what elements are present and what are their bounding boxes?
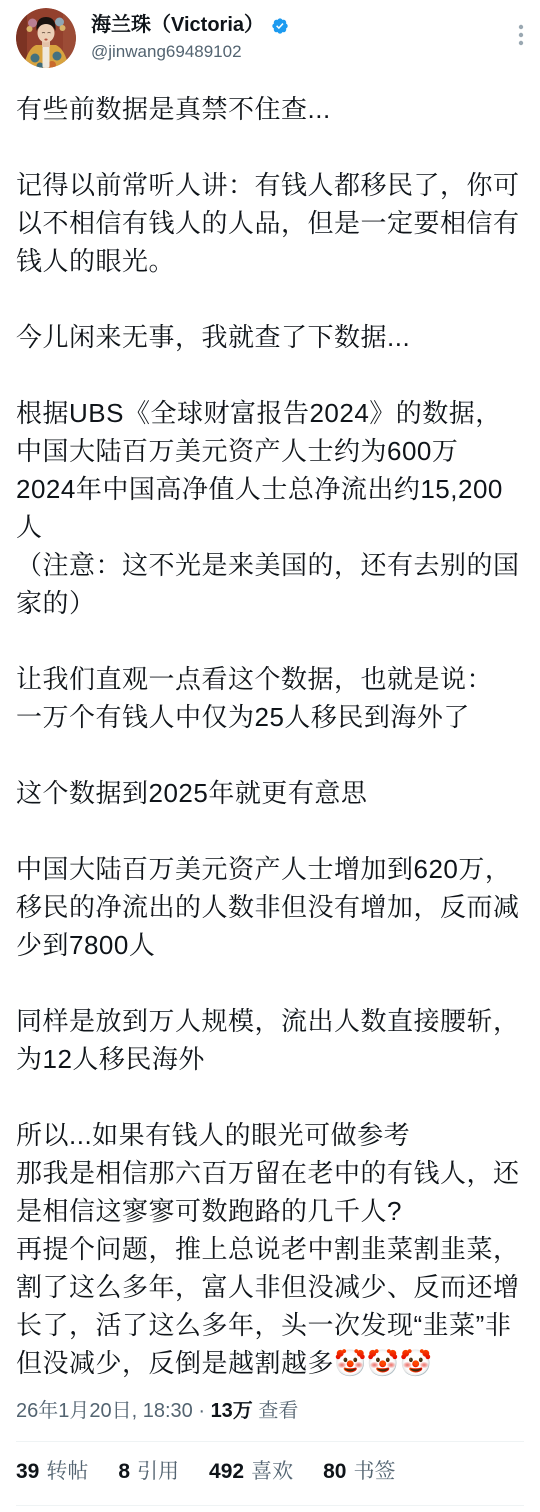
verified-badge-icon[interactable] [271, 17, 289, 35]
quotes-label: 引用 [137, 1460, 179, 1483]
likes-label: 喜欢 [251, 1460, 293, 1483]
avatar[interactable] [16, 8, 76, 68]
tweet-header: 海兰珠（Victoria） @jinwang69489102 [16, 0, 524, 68]
more-menu-button[interactable] [504, 8, 524, 46]
tweet-meta: 26年1月20日, 18:30 · 13万 查看 [16, 1398, 524, 1424]
tweet-text: 有些前数据是真禁不住查... 记得以前常听人讲：有钱人都移民了，你可以不相信有钱… [16, 90, 524, 1386]
tweet-detail: 海兰珠（Victoria） @jinwang69489102 有些前数据是真禁不… [0, 0, 540, 1506]
vertical-ellipsis-icon [518, 24, 524, 46]
likes-count: 492 [209, 1460, 244, 1483]
user-id-block: 海兰珠（Victoria） @jinwang69489102 [91, 8, 504, 62]
user-handle[interactable]: @jinwang69489102 [91, 41, 504, 62]
avatar-image [16, 8, 76, 68]
likes-stat[interactable]: 492喜欢 [209, 1458, 293, 1485]
views-count: 13万 [211, 1400, 253, 1422]
timestamp: 26年1月20日, 18:30 [16, 1400, 193, 1422]
divider [16, 1505, 524, 1506]
engagement-stats: 39转帖 8引用 492喜欢 80书签 [16, 1442, 524, 1505]
quotes-stat[interactable]: 8引用 [118, 1458, 179, 1485]
reposts-label: 转帖 [46, 1460, 88, 1483]
display-name[interactable]: 海兰珠（Victoria） [91, 13, 264, 38]
reposts-stat[interactable]: 39转帖 [16, 1458, 88, 1485]
bookmarks-label: 书签 [353, 1460, 395, 1483]
views-label: 查看 [253, 1400, 299, 1422]
reposts-count: 39 [16, 1460, 39, 1483]
meta-separator: · [193, 1400, 211, 1422]
bookmarks-count: 80 [323, 1460, 346, 1483]
quotes-count: 8 [118, 1460, 130, 1483]
bookmarks-stat[interactable]: 80书签 [323, 1458, 395, 1485]
